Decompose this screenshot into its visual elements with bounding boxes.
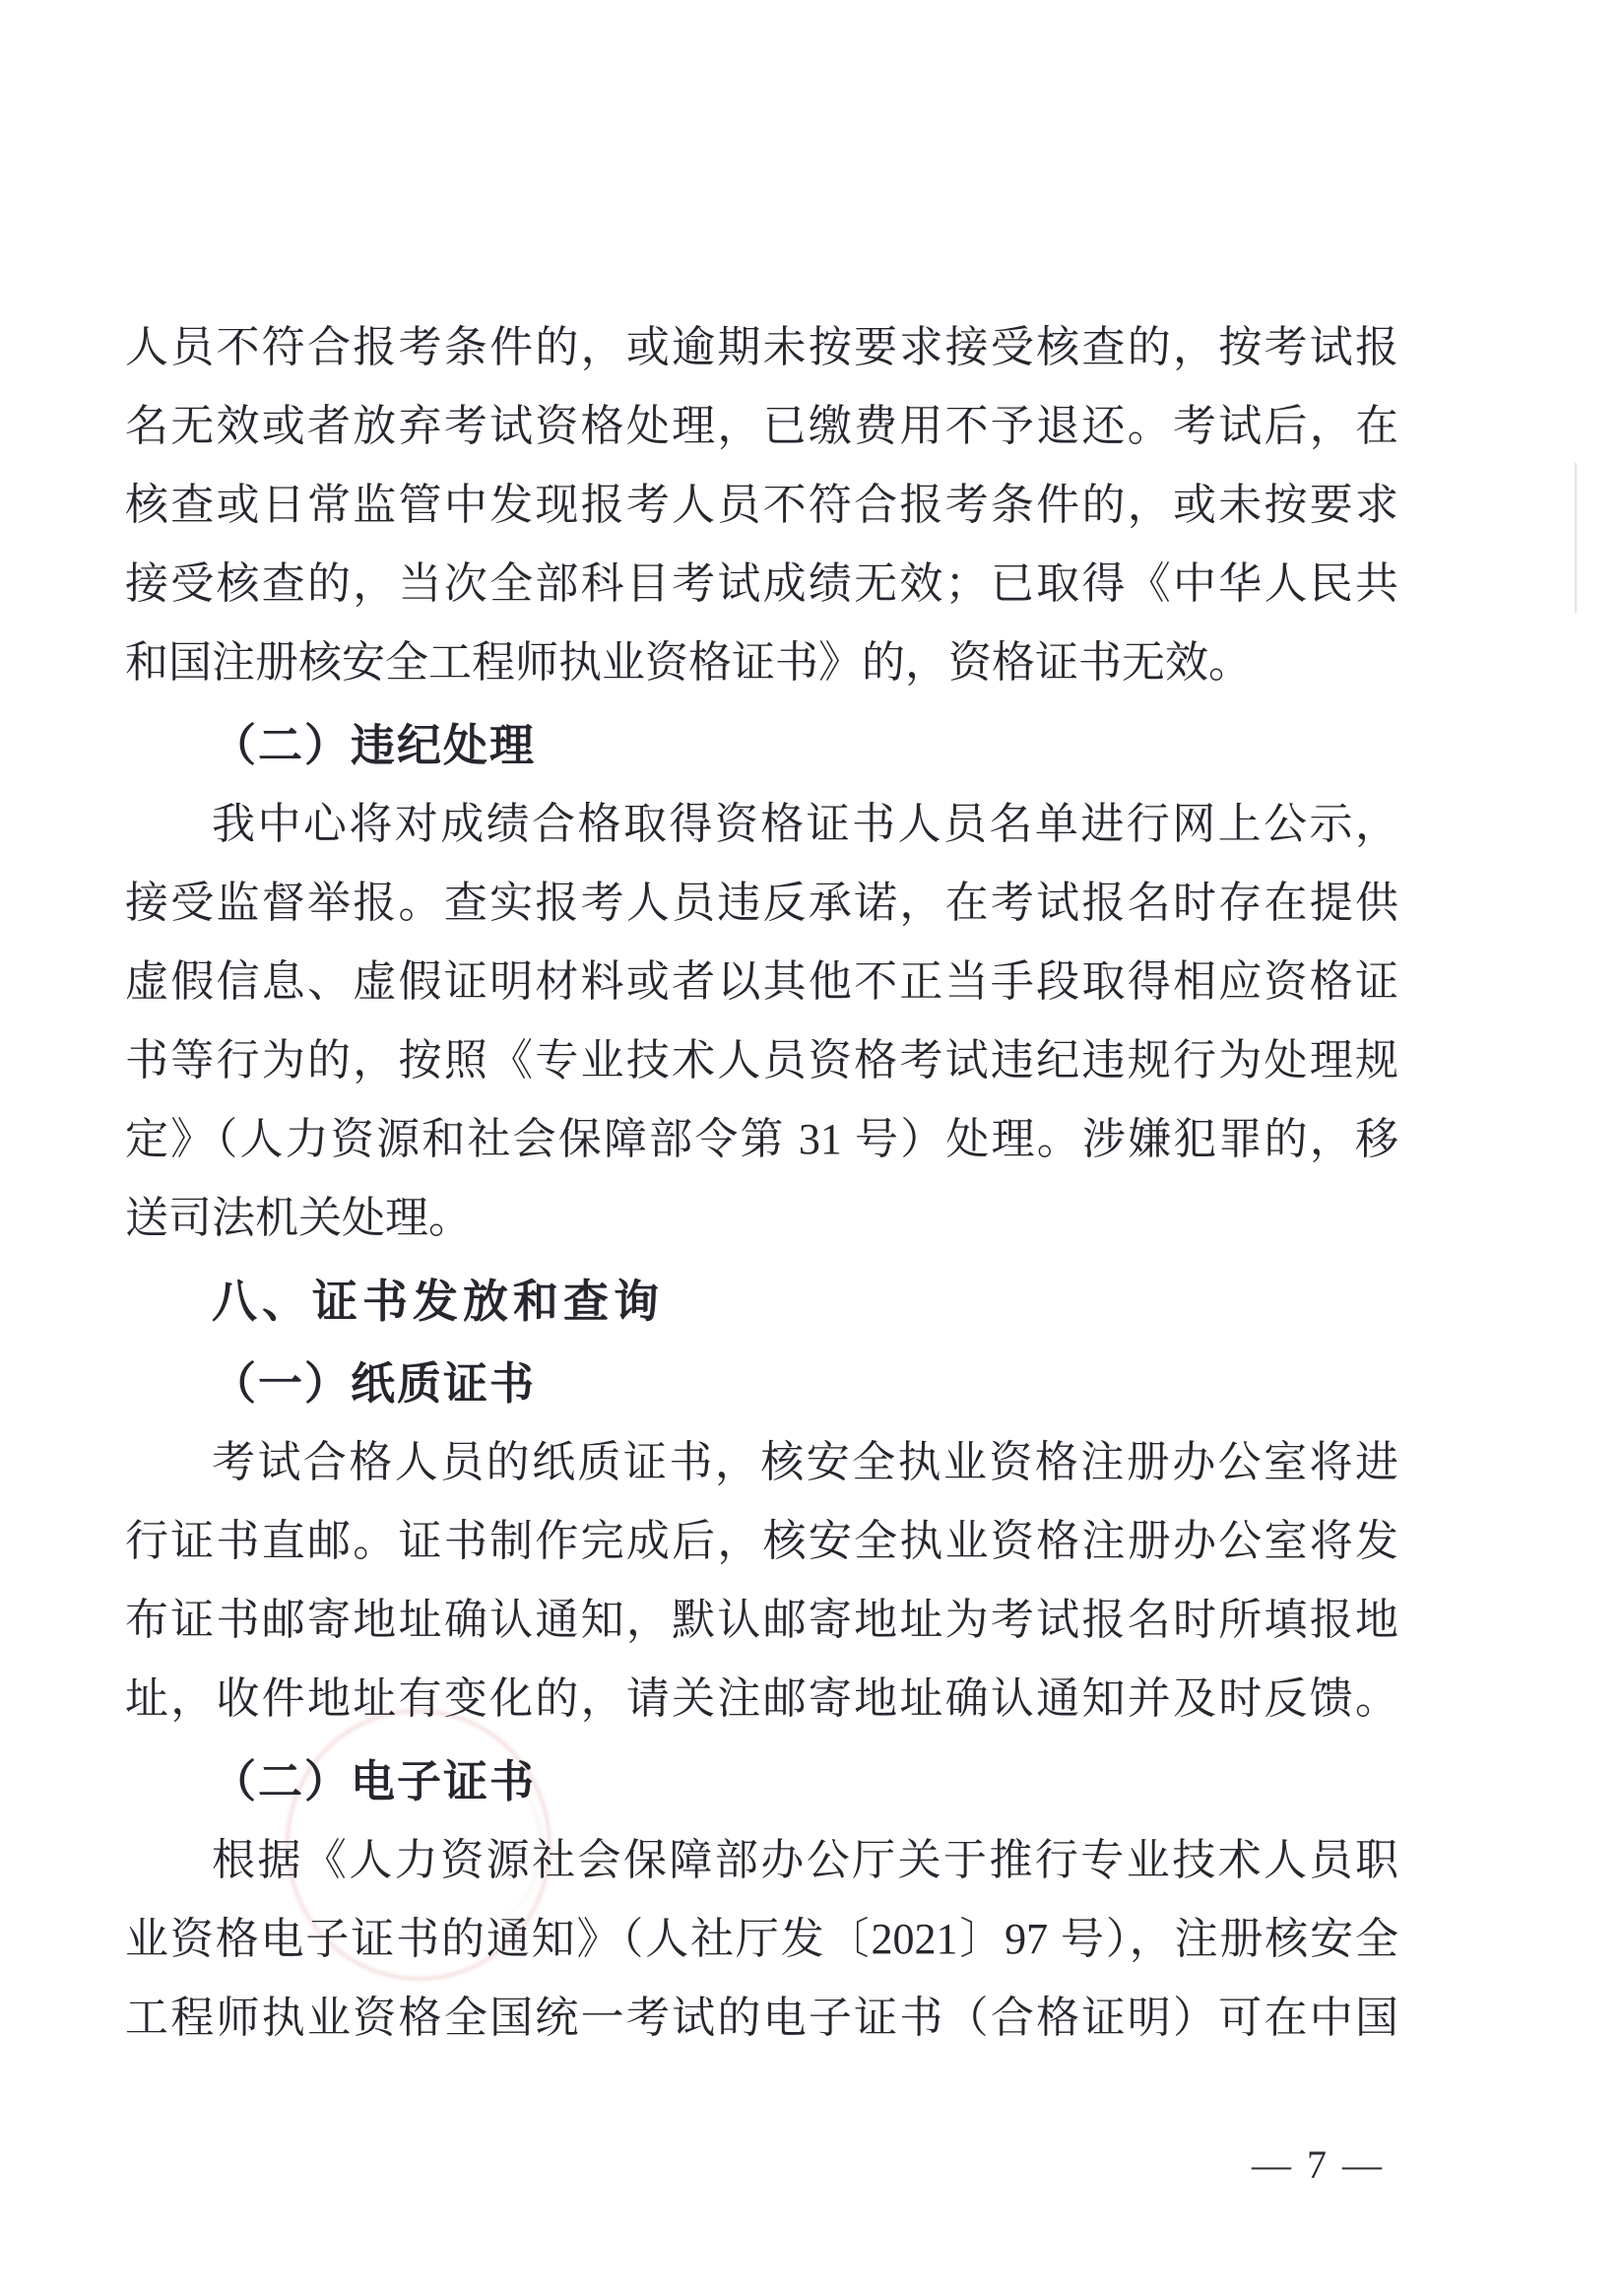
section-heading-certificates: 八、证书发放和查询 — [125, 1262, 1398, 1341]
document-page: 人员不符合报考条件的，或逾期未按要求接受核查的，按考试报 名无效或者放弃考试资格… — [0, 0, 1621, 2296]
text-line: 考试合格人员的纸质证书，核安全执业资格注册办公室将进 — [125, 1423, 1398, 1502]
subsection-heading-paper-certificate: （一）纸质证书 — [125, 1345, 1398, 1423]
text-line: 书等行为的，按照《专业技术人员资格考试违纪违规行为处理规 — [125, 1021, 1398, 1100]
subsection-heading-discipline: （二）违纪处理 — [125, 706, 1398, 785]
text-line: 定》（人力资源和社会保障部令第 31 号）处理。涉嫌犯罪的，移 — [125, 1100, 1398, 1179]
text-line: 人员不符合报考条件的，或逾期未按要求接受核查的，按考试报 — [125, 308, 1398, 387]
text-line: 虚假信息、虚假证明材料或者以其他不正当手段取得相应资格证 — [125, 943, 1398, 1021]
subsection-heading-electronic-certificate: （二）电子证书 — [125, 1742, 1398, 1821]
text-block: 人员不符合报考条件的，或逾期未按要求接受核查的，按考试报 名无效或者放弃考试资格… — [125, 308, 1398, 2058]
text-line: 和国注册核安全工程师执业资格证书》的，资格证书无效。 — [125, 623, 1398, 702]
text-line: 接受监督举报。查实报考人员违反承诺，在考试报名时存在提供 — [125, 864, 1398, 943]
text-line: 接受核查的，当次全部科目考试成绩无效；已取得《中华人民共 — [125, 545, 1398, 623]
text-line: 址，收件地址有变化的，请关注邮寄地址确认通知并及时反馈。 — [125, 1660, 1398, 1738]
text-line: 业资格电子证书的通知》（人社厅发〔2021〕97 号），注册核安全 — [125, 1900, 1398, 1979]
text-line: 行证书直邮。证书制作完成后，核安全执业资格注册办公室将发 — [125, 1502, 1398, 1581]
text-line: 工程师执业资格全国统一考试的电子证书（合格证明）可在中国 — [125, 1979, 1398, 2058]
page-number: — 7 — — [1252, 2135, 1385, 2195]
text-line: 布证书邮寄地址确认通知，默认邮寄地址为考试报名时所填报地 — [125, 1581, 1398, 1660]
text-line: 名无效或者放弃考试资格处理，已缴费用不予退还。考试后，在 — [125, 387, 1398, 466]
text-line: 核查或日常监管中发现报考人员不符合报考条件的，或未按要求 — [125, 466, 1398, 545]
text-line: 我中心将对成绩合格取得资格证书人员名单进行网上公示， — [125, 785, 1398, 864]
text-line: 根据《人力资源社会保障部办公厅关于推行专业技术人员职 — [125, 1821, 1398, 1900]
scan-artifact — [1575, 463, 1577, 613]
text-line: 送司法机关处理。 — [125, 1179, 1398, 1258]
